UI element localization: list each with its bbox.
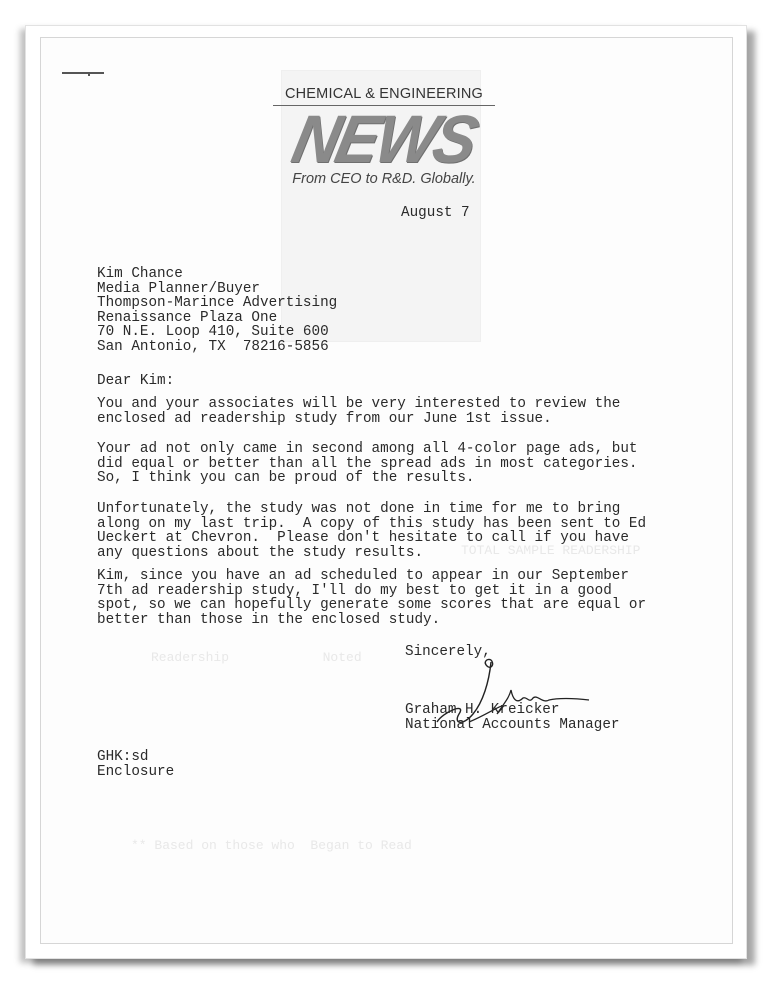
- letter-date: August 7: [401, 206, 470, 221]
- recipient-name: Kim Chance: [97, 267, 337, 282]
- signer-name: Graham H. Kreicker: [405, 703, 620, 718]
- document-page: TOTAL SAMPLE READERSHIP Readership Noted…: [25, 25, 747, 959]
- recipient-city-state-zip: San Antonio, TX 78216-5856: [97, 340, 337, 355]
- body-paragraph: You and your associates will be very int…: [97, 397, 620, 426]
- reference-initials: GHK:sd: [97, 750, 174, 765]
- enclosure-note: Enclosure: [97, 765, 174, 780]
- recipient-company: Thompson-Marince Advertising: [97, 296, 337, 311]
- body-paragraph: Unfortunately, the study was not done in…: [97, 502, 646, 560]
- body-paragraph: Your ad not only came in second among al…: [97, 442, 638, 486]
- recipient-address-line1: Renaissance Plaza One: [97, 311, 337, 326]
- scanned-letter: TOTAL SAMPLE READERSHIP Readership Noted…: [40, 37, 733, 944]
- publication-logo: NEWS: [266, 106, 502, 171]
- recipient-address: Kim ChanceMedia Planner/BuyerThompson-Ma…: [97, 267, 337, 355]
- reference-block: GHK:sdEnclosure: [97, 750, 174, 779]
- bleed-through-text: ** Based on those who Began to Read: [131, 838, 412, 853]
- recipient-title: Media Planner/Buyer: [97, 282, 337, 297]
- publication-top: CHEMICAL & ENGINEERING: [273, 86, 495, 102]
- letterhead: CHEMICAL & ENGINEERING NEWS From CEO to …: [273, 86, 495, 187]
- signer-title: National Accounts Manager: [405, 718, 620, 733]
- corner-pen-mark: [62, 72, 104, 74]
- body-paragraph: Kim, since you have an ad scheduled to a…: [97, 569, 646, 627]
- salutation: Dear Kim:: [97, 374, 174, 389]
- recipient-address-line2: 70 N.E. Loop 410, Suite 600: [97, 325, 337, 340]
- bleed-through-text: Readership Noted: [151, 650, 362, 665]
- signer-block: Graham H. KreickerNational Accounts Mana…: [405, 703, 620, 732]
